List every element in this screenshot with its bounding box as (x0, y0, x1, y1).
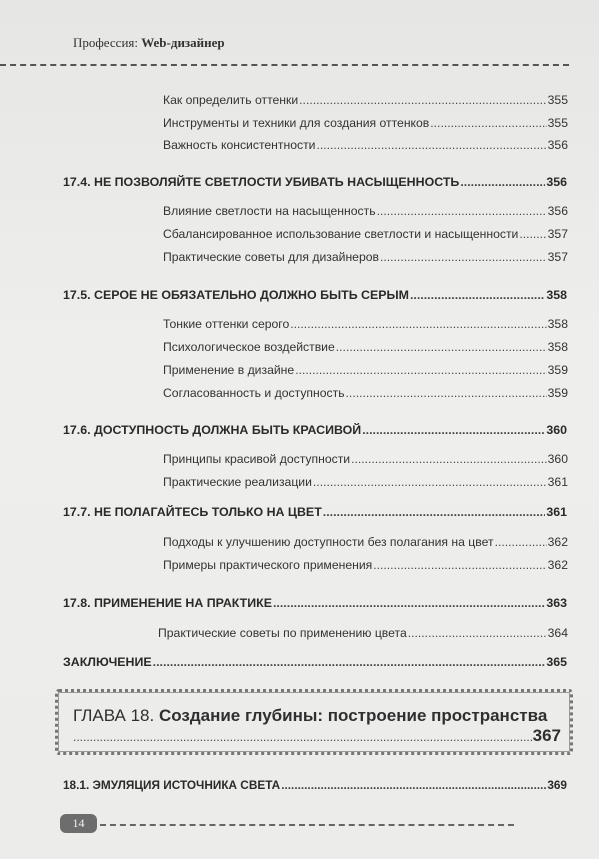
toc-entry-label: Как определить оттенки (163, 93, 298, 107)
toc-entry-label: Практические советы по применению цвета (158, 626, 407, 640)
toc-entry[interactable]: Тонкие оттенки серого358 (163, 317, 568, 331)
toc-entry-page: 355 (548, 93, 568, 107)
dot-leader (336, 340, 547, 354)
toc-entry[interactable]: Инструменты и техники для создания оттен… (163, 116, 568, 130)
toc-section[interactable]: 17.6. ДОСТУПНОСТЬ ДОЛЖНА БЫТЬ КРАСИВОЙ36… (63, 423, 567, 437)
toc-section-page: 369 (547, 778, 567, 792)
book-page: Профессия: Web-дизайнер Как определить о… (0, 0, 599, 859)
toc-entry-label: Примеры практического применения (163, 558, 372, 572)
toc-entry[interactable]: Практические советы по применению цвета3… (158, 626, 568, 640)
toc-entry-page: 364 (548, 626, 568, 640)
toc-entry[interactable]: Психологическое воздействие358 (163, 340, 568, 354)
dot-leader (295, 363, 546, 377)
toc-entry-page: 357 (548, 250, 568, 264)
dot-leader (351, 452, 547, 466)
toc-entry[interactable]: Практические советы для дизайнеров357 (163, 250, 568, 264)
toc-section[interactable]: 17.7. НЕ ПОЛАГАЙТЕСЬ ТОЛЬКО НА ЦВЕТ361 (63, 505, 567, 519)
dot-leader (460, 175, 545, 189)
toc-entry[interactable]: Сбалансированное использование светлости… (163, 227, 568, 241)
toc-entry-label: Психологическое воздействие (163, 340, 335, 354)
book-prefix: Профессия: (73, 35, 141, 50)
toc-section-label: ЗАКЛЮЧЕНИЕ (63, 655, 152, 669)
toc-entry-label: Влияние светлости на насыщенность (163, 204, 376, 218)
toc-section[interactable]: ЗАКЛЮЧЕНИЕ365 (63, 655, 567, 669)
dot-leader (153, 655, 546, 669)
page-number: 14 (73, 816, 85, 831)
dot-leader (313, 475, 547, 489)
dot-leader (362, 423, 545, 437)
toc-entry-label: Согласованность и доступность (163, 386, 345, 400)
toc-entry-label: Сбалансированное использование светлости… (163, 227, 518, 241)
toc-entry[interactable]: Практические реализации361 (163, 475, 568, 489)
dot-leader (519, 227, 546, 241)
footer-divider (100, 824, 514, 826)
dot-leader (408, 626, 547, 640)
dot-leader (495, 535, 547, 549)
toc-section-label: 17.4. НЕ ПОЗВОЛЯЙТЕ СВЕТЛОСТИ УБИВАТЬ НА… (63, 175, 459, 189)
dot-leader (316, 138, 546, 152)
toc-entry-page: 362 (548, 558, 568, 572)
toc-entry-label: Тонкие оттенки серого (163, 317, 289, 331)
toc-entry-page: 362 (548, 535, 568, 549)
toc-section[interactable]: 18.1. ЭМУЛЯЦИЯ ИСТОЧНИКА СВЕТА369 (63, 778, 567, 792)
toc-section-label: 17.5. СЕРОЕ НЕ ОБЯЗАТЕЛЬНО ДОЛЖНО БЫТЬ С… (63, 288, 409, 302)
toc-entry-label: Практические советы для дизайнеров (163, 250, 379, 264)
toc-entry[interactable]: Примеры практического применения362 (163, 558, 568, 572)
toc-entry-page: 355 (548, 116, 568, 130)
toc-section-page: 360 (546, 423, 567, 437)
toc-entry-page: 360 (548, 452, 568, 466)
toc-section-page: 356 (546, 175, 567, 189)
dot-leader (273, 596, 545, 610)
toc-entry-label: Применение в дизайне (163, 363, 294, 377)
toc-entry-page: 361 (548, 475, 568, 489)
toc-entry-page: 358 (548, 317, 568, 331)
toc-entry-page: 356 (548, 204, 568, 218)
dot-leader (281, 778, 546, 792)
dot-leader (377, 204, 547, 218)
toc-entry-label: Инструменты и техники для создания оттен… (163, 116, 429, 130)
dot-leader (373, 558, 546, 572)
dot-leader (380, 250, 547, 264)
toc-section[interactable]: 17.5. СЕРОЕ НЕ ОБЯЗАТЕЛЬНО ДОЛЖНО БЫТЬ С… (63, 288, 567, 302)
toc-entry-label: Важность консистентности (163, 138, 315, 152)
dot-leader (290, 317, 546, 331)
toc-section[interactable]: 17.8. ПРИМЕНЕНИЕ НА ПРАКТИКЕ363 (63, 596, 567, 610)
toc-section-page: 361 (546, 505, 567, 519)
toc-entry-page: 359 (548, 363, 568, 377)
toc-section-page: 363 (546, 596, 567, 610)
chapter-prefix: ГЛАВА 18. (73, 706, 159, 725)
toc-entry-page: 359 (548, 386, 568, 400)
toc-entry[interactable]: Подходы к улучшению доступности без пола… (163, 535, 568, 549)
dot-leader (73, 730, 533, 744)
toc-entry-label: Практические реализации (163, 475, 312, 489)
toc-section-label: 17.7. НЕ ПОЛАГАЙТЕСЬ ТОЛЬКО НА ЦВЕТ (63, 505, 322, 519)
toc-entry[interactable]: Влияние светлости на насыщенность356 (163, 204, 568, 218)
running-head: Профессия: Web-дизайнер (73, 35, 225, 51)
book-title: Web-дизайнер (141, 35, 224, 50)
page-number-badge: 14 (60, 814, 97, 833)
toc-entry-label: Принципы красивой доступности (163, 452, 350, 466)
toc-section-label: 17.6. ДОСТУПНОСТЬ ДОЛЖНА БЫТЬ КРАСИВОЙ (63, 423, 361, 437)
dot-leader (430, 116, 546, 130)
dot-leader (299, 93, 546, 107)
dot-leader (323, 505, 546, 519)
toc-section-page: 365 (546, 655, 567, 669)
chapter-heading[interactable]: ГЛАВА 18. Создание глубины: построение п… (73, 706, 547, 726)
dot-leader (410, 288, 545, 302)
toc-entry[interactable]: Согласованность и доступность359 (163, 386, 568, 400)
header-divider (0, 64, 569, 66)
toc-entry-page: 358 (548, 340, 568, 354)
chapter-title: Создание глубины: построение пространств… (159, 706, 547, 725)
toc-entry-label: Подходы к улучшению доступности без пола… (163, 535, 494, 549)
toc-section[interactable]: 17.4. НЕ ПОЗВОЛЯЙТЕ СВЕТЛОСТИ УБИВАТЬ НА… (63, 175, 567, 189)
toc-section-label: 17.8. ПРИМЕНЕНИЕ НА ПРАКТИКЕ (63, 596, 272, 610)
chapter-page-line: 367 (73, 726, 561, 746)
chapter-page: 367 (533, 726, 561, 746)
toc-entry[interactable]: Применение в дизайне359 (163, 363, 568, 377)
toc-entry-page: 356 (548, 138, 568, 152)
toc-entry[interactable]: Важность консистентности356 (163, 138, 568, 152)
toc-entry[interactable]: Как определить оттенки355 (163, 93, 568, 107)
toc-section-page: 358 (546, 288, 567, 302)
dot-leader (346, 386, 547, 400)
toc-entry-page: 357 (548, 227, 568, 241)
toc-entry[interactable]: Принципы красивой доступности360 (163, 452, 568, 466)
toc-section-label: 18.1. ЭМУЛЯЦИЯ ИСТОЧНИКА СВЕТА (63, 778, 280, 792)
